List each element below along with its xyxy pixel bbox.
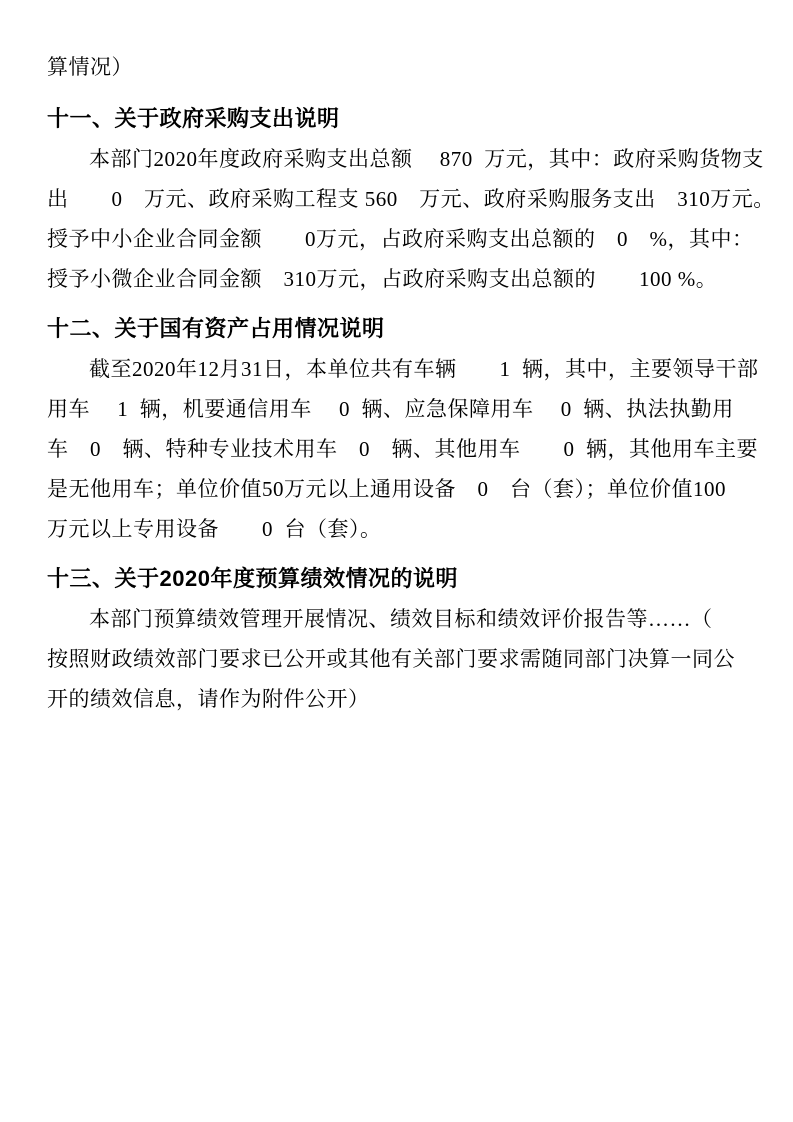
- continuation-line: 算情况）: [47, 47, 753, 87]
- paragraph-line: 截至2020年12月31日，本单位共有车辆 1 辆，其中，主要领导干部: [47, 349, 753, 389]
- paragraph-line: 用车 1 辆，机要通信用车 0 辆、应急保障用车 0 辆、执法执勤用: [47, 389, 753, 429]
- paragraph-line: 出 0 万元、政府采购工程支 560 万元、政府采购服务支出 310万元。: [47, 179, 753, 219]
- document-page: 算情况） 十一、关于政府采购支出说明 本部门2020年度政府采购支出总额 870…: [0, 0, 793, 1122]
- paragraph-line: 万元以上专用设备 0 台（套）。: [47, 509, 753, 549]
- section-12-heading: 十二、关于国有资产占用情况说明: [47, 309, 753, 349]
- paragraph-line: 授予中小企业合同金额 0万元，占政府采购支出总额的 0 %，其中：: [47, 219, 753, 259]
- section-11-heading: 十一、关于政府采购支出说明: [47, 99, 753, 139]
- paragraph-line: 开的绩效信息，请作为附件公开）: [47, 679, 753, 719]
- paragraph-line: 车 0 辆、特种专业技术用车 0 辆、其他用车 0 辆，其他用车主要: [47, 429, 753, 469]
- section-12-paragraph: 截至2020年12月31日，本单位共有车辆 1 辆，其中，主要领导干部 用车 1…: [47, 349, 753, 549]
- paragraph-line: 本部门2020年度政府采购支出总额 870 万元，其中：政府采购货物支: [47, 139, 753, 179]
- paragraph-line: 本部门预算绩效管理开展情况、绩效目标和绩效评价报告等……（: [47, 599, 753, 639]
- document-content: 算情况） 十一、关于政府采购支出说明 本部门2020年度政府采购支出总额 870…: [47, 47, 753, 719]
- section-13-heading: 十三、关于2020年度预算绩效情况的说明: [47, 559, 753, 599]
- paragraph-line: 是无他用车；单位价值50万元以上通用设备 0 台（套）；单位价值100: [47, 469, 753, 509]
- paragraph-line: 按照财政绩效部门要求已公开或其他有关部门要求需随同部门决算一同公: [47, 639, 753, 679]
- section-11-paragraph: 本部门2020年度政府采购支出总额 870 万元，其中：政府采购货物支 出 0 …: [47, 139, 753, 299]
- section-13-paragraph: 本部门预算绩效管理开展情况、绩效目标和绩效评价报告等……（ 按照财政绩效部门要求…: [47, 599, 753, 719]
- paragraph-line: 授予小微企业合同金额 310万元，占政府采购支出总额的 100 %。: [47, 259, 753, 299]
